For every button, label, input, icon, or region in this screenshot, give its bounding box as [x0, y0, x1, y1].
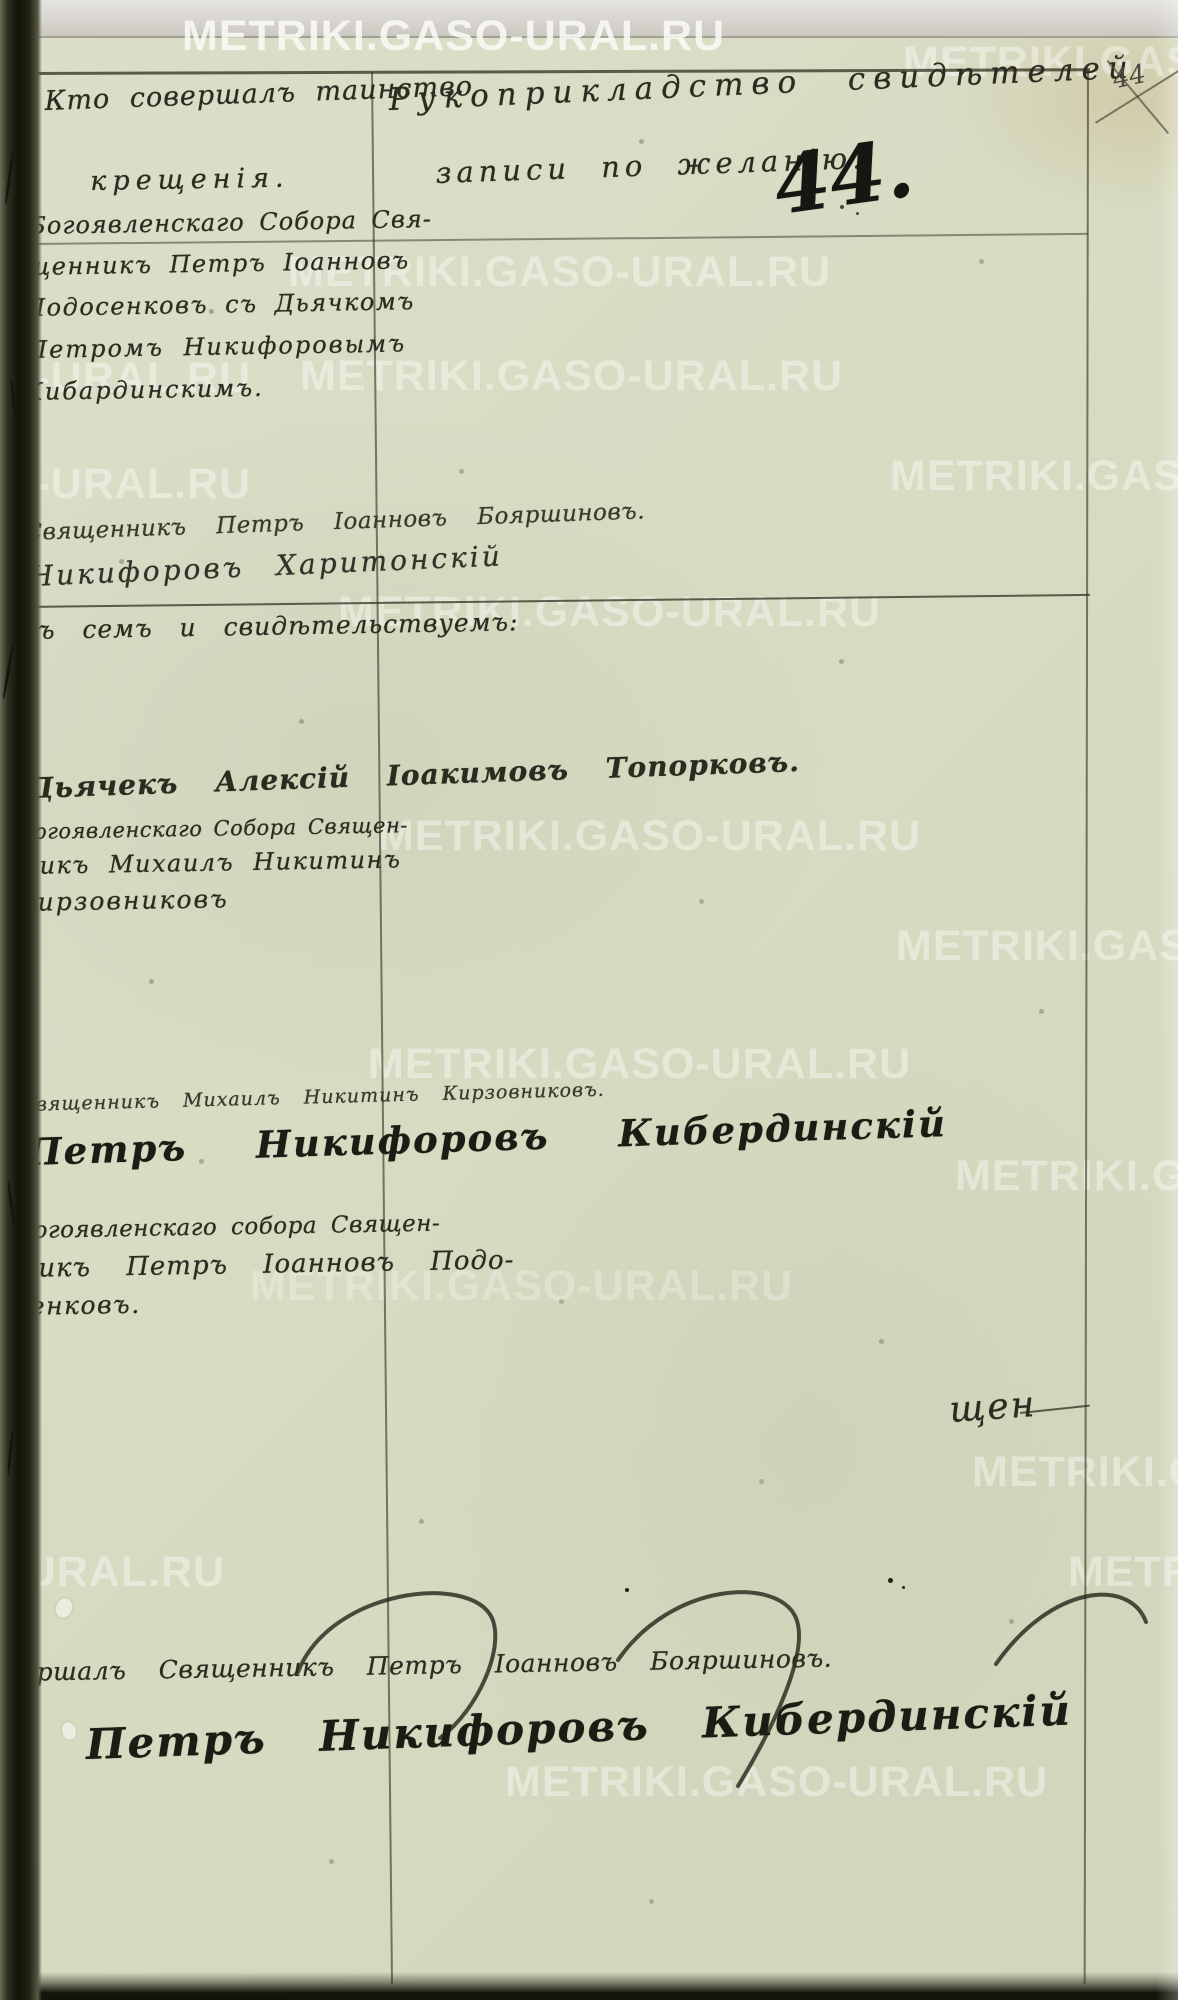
handwritten-line: Священникъ Михаилъ Никитинъ Кирзовниковъ… [20, 1079, 605, 1116]
book-binding [0, 0, 42, 2000]
watermark: METRIKI.GASO-URAL.RU [896, 922, 1178, 971]
pencil-dot [840, 205, 844, 209]
handwritten-line: Дьячекъ Алексій Іоакимовъ Топорковъ. [28, 745, 800, 805]
watermark: METRIKI.GASO-URAL.RU [300, 352, 843, 401]
watermark: METRIKI.GASO-URAL.RU [972, 1448, 1178, 1497]
column-header-left-line2: крещенія. [90, 163, 290, 197]
handwritten-line: Богоявленскаго Собора Священ- [18, 813, 408, 844]
page-backing-bottom [0, 1972, 1178, 2000]
handwritten-line: Богоявленскаго собора Священ- [16, 1211, 440, 1244]
handwritten-line: Никифоровъ Харитонскій [28, 539, 503, 593]
watermark: METRIKI.GASO-URAL.RU [378, 812, 921, 861]
watermark: METRIKI.GASO-URAL.RU [890, 452, 1178, 501]
ink-dot [888, 1578, 893, 1583]
watermark: METRIKI.GASO-URAL.RU [368, 1040, 911, 1089]
handwritten-line: въ семъ и свидѣтельствуемъ: [22, 607, 519, 645]
scanned-page: METRIKI.GASO-URAL.RU METRIKI.GASO-URAL.R… [0, 0, 1178, 2000]
handwritten-line: щен [948, 1384, 1038, 1431]
pencil-dot [856, 212, 859, 215]
handwritten-line: Кибардинскимъ. [24, 374, 264, 406]
handwritten-line: Подосенковъ съ Дьячкомъ [24, 287, 415, 322]
handwritten-line: никъ Михаилъ Никитинъ [22, 845, 402, 880]
ink-dot [625, 1588, 629, 1592]
watermark: METRIKI.GASO-URAL.RU [182, 12, 725, 61]
page-number-pencil: 44 [1110, 59, 1149, 95]
handwritten-line: Кирзовниковъ [16, 884, 229, 917]
handwritten-line: Богоявленскаго Собора Свя- [28, 205, 432, 240]
ink-dot [902, 1586, 905, 1589]
watermark: METRIKI.GASO-URAL.RU [955, 1152, 1178, 1201]
page-number-ink: 44. [768, 121, 919, 233]
